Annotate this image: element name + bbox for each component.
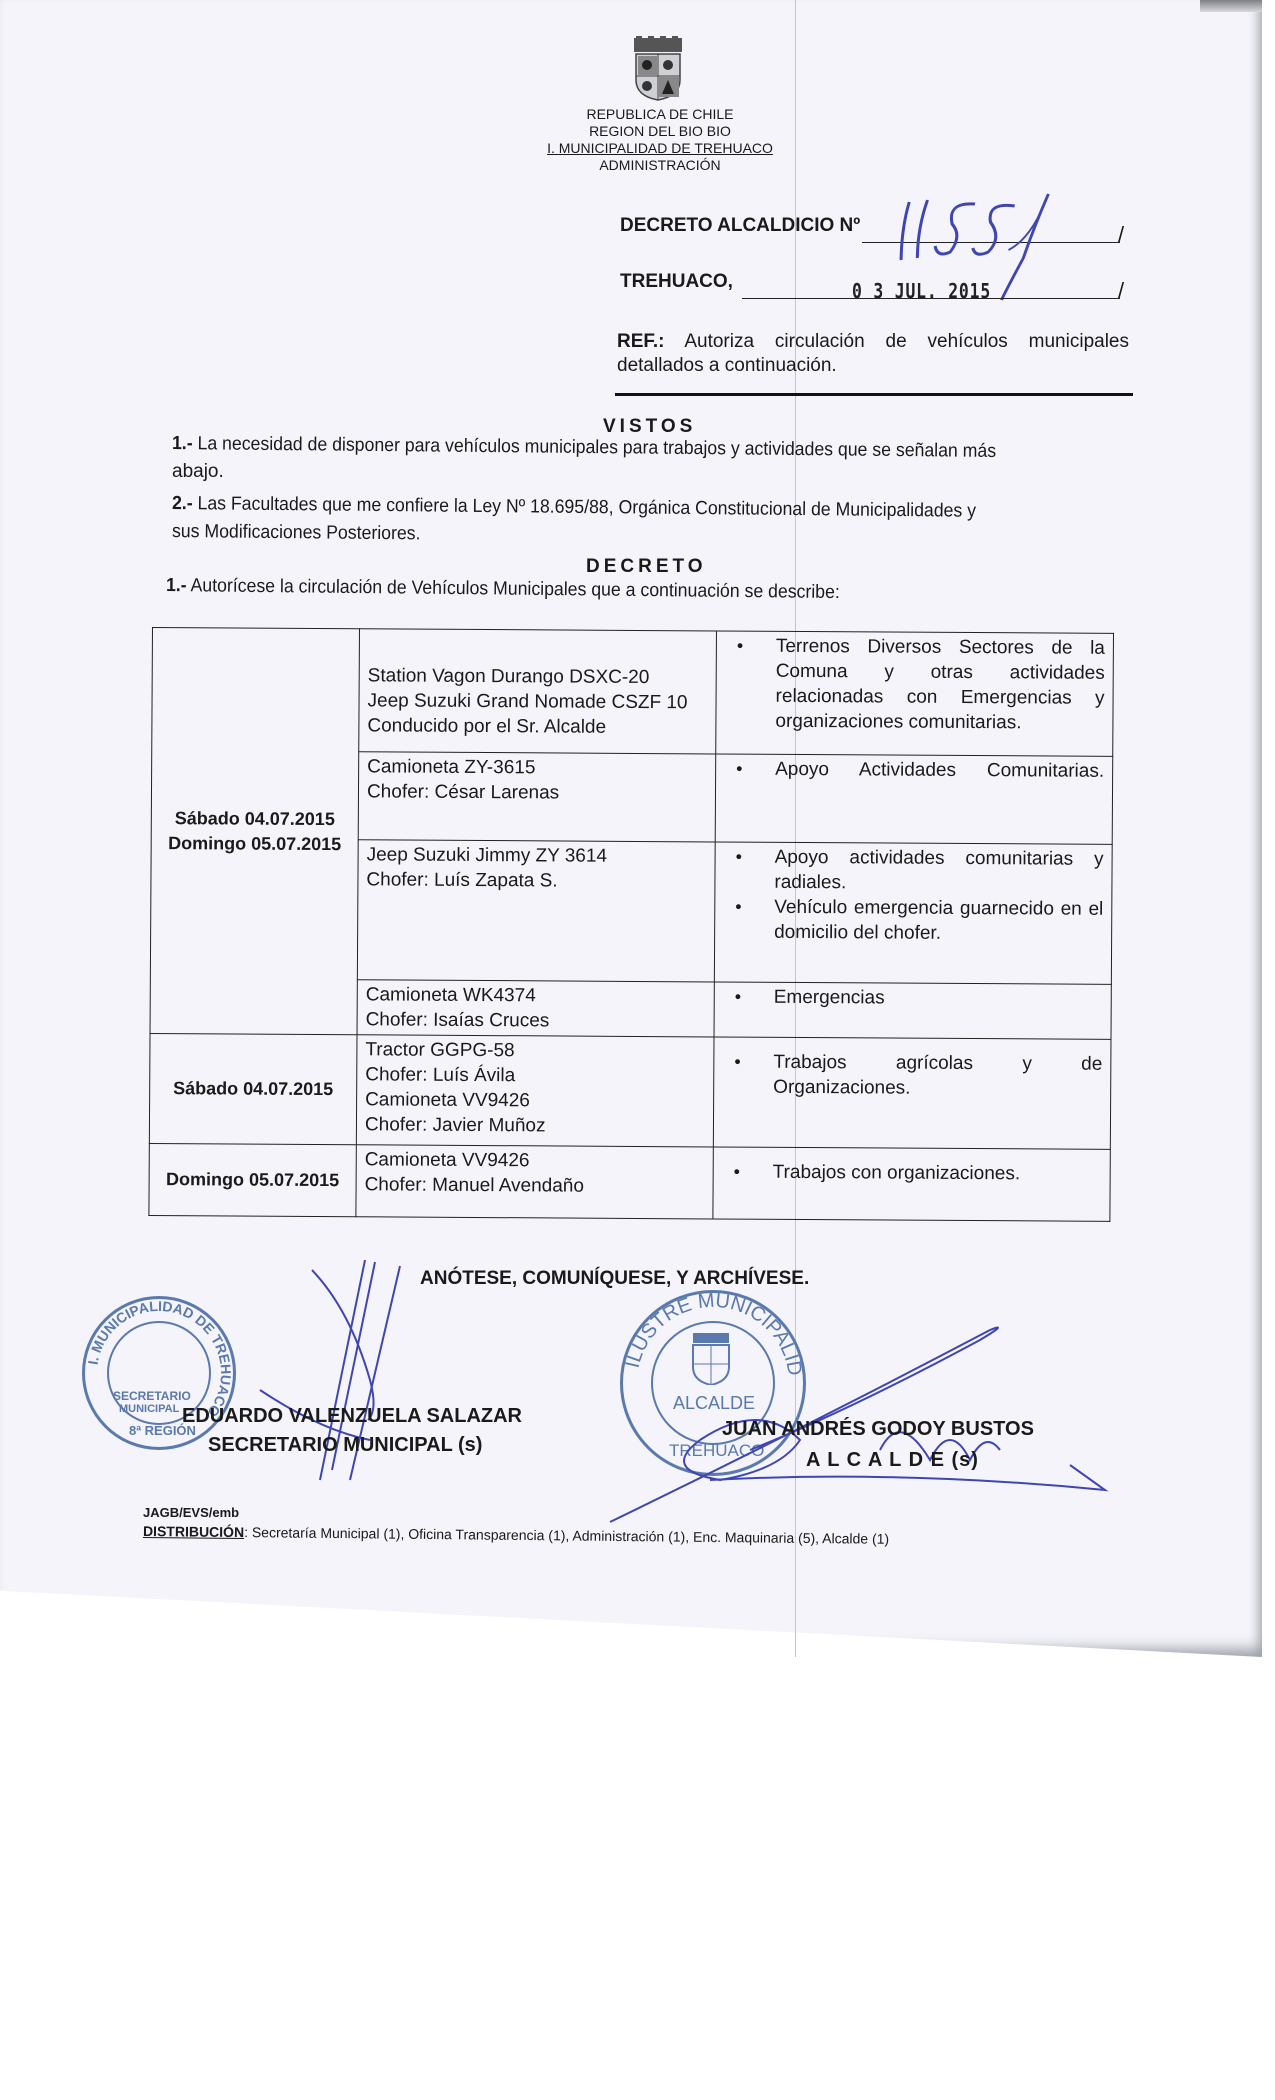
date-slash: /: [1118, 278, 1124, 304]
mayor-name: JUAN ANDRÉS GODOY BUSTOS: [722, 1418, 1034, 1441]
activity-cell: Apoyo actividades comunitarias y radiale…: [714, 842, 1112, 984]
vehicle-cell: Camioneta ZY-3615 Chofer: César Larenas: [358, 752, 716, 842]
date-cell: Sábado 04.07.2015: [149, 1033, 357, 1144]
decree-number-label: DECRETO ALCALDICIO Nº: [620, 215, 860, 237]
activity-item: Vehículo emergencia guarnecido en el dom…: [729, 895, 1103, 947]
vistos-item-1-cont: abajo.: [172, 460, 224, 484]
activity-item: Apoyo Actividades Comunitarias.: [730, 757, 1104, 784]
date-cell: Sábado 04.07.2015 Domingo 05.07.2015: [150, 628, 359, 1035]
activity-item: Apoyo actividades comunitarias y radiale…: [729, 845, 1103, 897]
vistos-heading: VISTOS: [603, 416, 696, 438]
table-row: Domingo 05.07.2015 Camioneta VV9426 Chof…: [149, 1143, 1110, 1221]
activity-cell: Apoyo Actividades Comunitarias.: [715, 754, 1113, 844]
activity-item: Trabajos con organizaciones.: [728, 1160, 1102, 1187]
secretary-name: EDUARDO VALENZUELA SALAZAR: [182, 1405, 522, 1428]
vehicles-table: Sábado 04.07.2015 Domingo 05.07.2015 Sta…: [148, 627, 1114, 1222]
letterhead-line: I. MUNICIPALIDAD DE TREHUACO: [480, 140, 840, 157]
vehicle-cell: Camioneta VV9426 Chofer: Manuel Avendaño: [356, 1145, 713, 1219]
activity-cell: Trabajos con organizaciones.: [713, 1147, 1110, 1221]
vehicle-cell: Tractor GGPG-58 Chofer: Luís Ávila Camio…: [356, 1035, 714, 1147]
vehicle-cell: Station Vagon Durango DSXC-20 Jeep Suzuk…: [359, 629, 717, 754]
distribution-label: DISTRIBUCIÓN: [143, 1523, 244, 1540]
vehicle-cell: Camioneta WK4374 Chofer: Isaías Cruces: [357, 980, 714, 1037]
letterhead-line: ADMINISTRACIÓN: [480, 157, 840, 174]
mayor-title: A L C A L D E (s): [806, 1449, 979, 1472]
ref-label: REF.:: [617, 331, 665, 352]
ref-text: Autoriza circulación de vehículos munici…: [684, 331, 1129, 352]
activity-item: Emergencias: [729, 985, 1103, 1012]
letterhead-line: REPUBLICA DE CHILE: [480, 106, 840, 123]
decree-number-slash: /: [1118, 222, 1124, 248]
date-stamp: 0 3 JUL. 2015: [852, 279, 991, 303]
reference-underline: [615, 393, 1133, 396]
closing-formula: ANÓTESE, COMUNÍQUESE, Y ARCHÍVESE.: [420, 1268, 809, 1290]
reference-continued: detallados a continuación.: [617, 355, 837, 377]
activity-item: Terrenos Diversos Sectores de la Comuna …: [730, 634, 1105, 736]
table-row: Sábado 04.07.2015 Tractor GGPG-58 Chofer…: [149, 1033, 1111, 1149]
place-label: TREHUACO,: [620, 271, 733, 293]
scan-edge-shadow: [1200, 0, 1262, 12]
activity-cell: Trabajos agrícolas y de Organizaciones.: [713, 1037, 1111, 1149]
municipal-coat-of-arms-icon: [630, 36, 686, 102]
activity-item: Trabajos agrícolas y de Organizaciones.: [728, 1050, 1102, 1102]
decreto-heading: DECRETO: [586, 556, 707, 578]
reference: REF.: Autoriza circulación de vehículos …: [617, 330, 1129, 354]
activity-cell: Terrenos Diversos Sectores de la Comuna …: [716, 631, 1114, 756]
document-initials: JAGB/EVS/emb: [143, 1505, 239, 1520]
letterhead-line: REGION DEL BIO BIO: [480, 123, 840, 140]
secretary-signature: [250, 1260, 450, 1500]
date-cell: Domingo 05.07.2015: [149, 1143, 356, 1216]
activity-cell: Emergencias: [714, 982, 1111, 1039]
secretary-title: SECRETARIO MUNICIPAL (s): [208, 1434, 482, 1457]
vistos-item-2-cont: sus Modificaciones Posteriores.: [172, 520, 421, 546]
letterhead: REPUBLICA DE CHILE REGION DEL BIO BIO I.…: [480, 106, 840, 174]
table-row: Sábado 04.07.2015 Domingo 05.07.2015 Sta…: [152, 628, 1114, 757]
vehicle-cell: Jeep Suzuki Jimmy ZY 3614 Chofer: Luís Z…: [357, 840, 715, 982]
